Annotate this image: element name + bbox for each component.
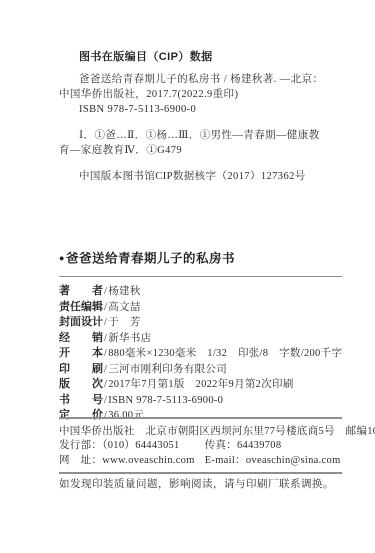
cip-line: 育—家庭教育Ⅳ．①G479 xyxy=(59,143,342,158)
info-separator: / xyxy=(104,364,107,375)
info-separator: / xyxy=(104,348,107,359)
book-title: ●爸爸送给青春期儿子的私房书 xyxy=(59,250,342,268)
info-label: 经 销 xyxy=(59,331,103,346)
info-row: 书 号/ISBN 978-7-5113-6900-0 xyxy=(59,393,355,409)
divider-top xyxy=(59,276,342,278)
cip-section: 图书在版编目（CIP）数据 爸爸送给青春期儿子的私房书 / 杨建秋著. —北京：… xyxy=(59,50,342,184)
info-value: 新华书店 xyxy=(108,333,151,344)
info-value: 于 芳 xyxy=(108,317,140,328)
cip-heading: 图书在版编目（CIP）数据 xyxy=(59,50,342,65)
publisher-lines: 中国华侨出版社 北京市朝阳区西坝河东里77号楼底商5号 邮编100028 发行部… xyxy=(59,425,342,469)
book-title-text: 爸爸送给青春期儿子的私房书 xyxy=(66,252,235,266)
info-row: 著 者/杨建秋 xyxy=(59,284,355,300)
info-label: 书 号 xyxy=(59,393,103,408)
divider-middle xyxy=(59,417,342,419)
info-row: 开 本/880毫米×1230毫米 1/32 印张/8 字数/200千字 xyxy=(59,346,355,362)
info-separator: / xyxy=(104,379,107,390)
quality-note: 如发现印装质量问题，影响阅读，请与印刷厂联系调换。 xyxy=(59,478,342,492)
info-separator: / xyxy=(104,333,107,344)
email-address: E-mail：oveaschin@sina.com xyxy=(205,455,341,466)
cip-line: Ⅰ．①爸…Ⅱ．①杨…Ⅲ．①男性—青春期—健康教 xyxy=(59,128,342,143)
info-value: 880毫米×1230毫米 1/32 印张/8 字数/200千字 xyxy=(108,348,342,359)
cip-line: 爸爸送给青春期儿子的私房书 / 杨建秋著. —北京： xyxy=(59,72,342,87)
cip-lines: 爸爸送给青春期儿子的私房书 / 杨建秋著. —北京：中国华侨出版社，2017.7… xyxy=(59,72,342,184)
title-block: ●爸爸送给青春期儿子的私房书 xyxy=(59,250,342,277)
info-row: 责任编辑/高文喆 xyxy=(59,300,355,316)
info-row: 经 销/新华书店 xyxy=(59,331,355,347)
info-value: ISBN 978-7-5113-6900-0 xyxy=(108,395,223,406)
info-row: 封面设计/于 芳 xyxy=(59,315,355,331)
info-label: 著 者 xyxy=(59,284,103,299)
publisher-phones: 发行部：（010）64443051传真：64439708 xyxy=(59,439,342,454)
website-url: 网 址：www.oveaschin.com xyxy=(59,455,195,466)
info-row: 印 刷/三河市刚利印务有限公司 xyxy=(59,362,355,378)
cip-line: ISBN 978-7-5113-6900-0 xyxy=(59,102,342,117)
info-separator: / xyxy=(104,286,107,297)
info-label: 开 本 xyxy=(59,346,103,361)
info-label: 封面设计 xyxy=(59,315,103,330)
bullet-icon: ● xyxy=(59,253,65,263)
info-value: 杨建秋 xyxy=(108,286,140,297)
cip-line: 中国版本图书馆CIP数据核字（2017）127362号 xyxy=(59,169,342,184)
info-separator: / xyxy=(104,395,107,406)
info-separator: / xyxy=(104,317,107,328)
book-info-rows: 著 者/杨建秋责任编辑/高文喆封面设计/于 芳经 销/新华书店开 本/880毫米… xyxy=(59,284,355,424)
info-value: 三河市刚利印务有限公司 xyxy=(108,364,227,375)
copyright-page: 图书在版编目（CIP）数据 爸爸送给青春期儿子的私房书 / 杨建秋著. —北京：… xyxy=(0,0,375,553)
info-value: 高文喆 xyxy=(108,302,140,313)
info-row: 版 次/2017年7月第1版 2022年9月第2次印刷 xyxy=(59,377,355,393)
publisher-section: 中国华侨出版社 北京市朝阳区西坝河东里77号楼底商5号 邮编100028 发行部… xyxy=(59,417,342,492)
distribution-phone: 发行部：（010）64443051 xyxy=(59,440,180,451)
info-separator: / xyxy=(104,302,107,313)
publisher-web: 网 址：www.oveaschin.comE-mail：oveaschin@si… xyxy=(59,454,342,469)
info-label: 版 次 xyxy=(59,377,103,392)
info-label: 印 刷 xyxy=(59,362,103,377)
cip-line: 中国华侨出版社，2017.7(2022.9重印) xyxy=(59,87,342,102)
publisher-address: 中国华侨出版社 北京市朝阳区西坝河东里77号楼底商5号 邮编100028 xyxy=(59,425,342,440)
info-value: 2017年7月第1版 2022年9月第2次印刷 xyxy=(108,379,293,390)
info-label: 责任编辑 xyxy=(59,300,103,315)
divider-bottom xyxy=(59,472,342,474)
fax-number: 传真：64439708 xyxy=(205,440,282,451)
